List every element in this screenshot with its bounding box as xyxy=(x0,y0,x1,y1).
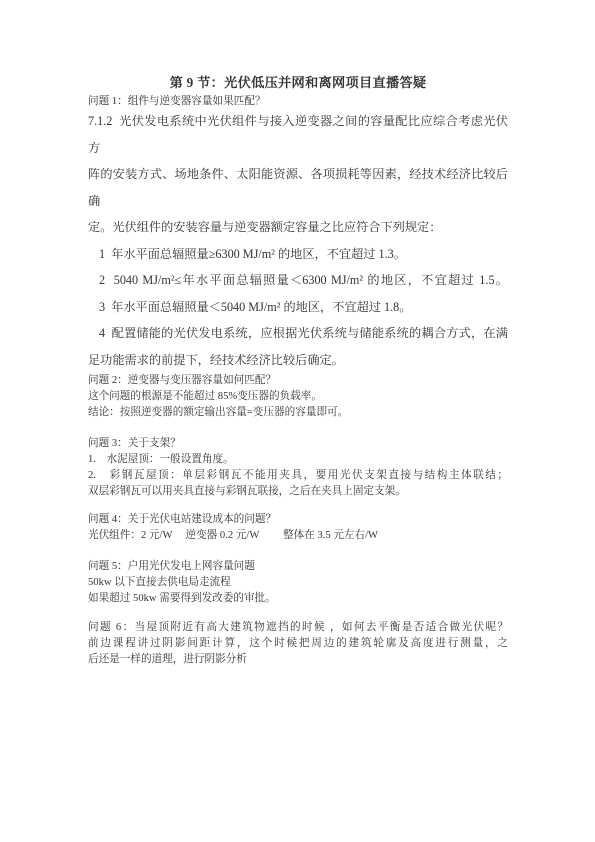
document-content: 第 9 节：光伏低压并网和离网项目直播答疑 问题 1：组件与逆变器容量如果匹配？… xyxy=(88,74,508,668)
question-4-heading: 问题 4：关于光伏电站建设成本的问题？ xyxy=(88,512,508,528)
question-6-heading: 问题 6：当屋顶附近有高大建筑物遮挡的时候 ，如何去平衡是否适合做光伏呢？ xyxy=(88,620,508,636)
question-6-block: 问题 6：当屋顶附近有高大建筑物遮挡的时候 ，如何去平衡是否适合做光伏呢？ 前边… xyxy=(88,620,508,668)
rule-item-1: 1 年水平面总辐照量≥6300 MJ/m² 的地区，不宜超过 1.3。 xyxy=(88,241,508,268)
question-1-heading: 问题 1：组件与逆变器容量如果匹配？ xyxy=(88,95,508,108)
rule-item-2: 2 5040 MJ/m²≤年水平面总辐照量＜6300 MJ/m² 的地区，不宜超… xyxy=(88,267,508,294)
answer-line: 1. 水泥屋顶：一般设置角度。 xyxy=(88,452,508,468)
question-2-heading: 问题 2：逆变器与变压器容量如何匹配？ xyxy=(88,373,508,389)
clause-line: 7.1.2 光伏发电系统中光伏组件与接入逆变器之间的容量配比应综合考虑光伏方 xyxy=(88,108,508,161)
clause-paragraph: 7.1.2 光伏发电系统中光伏组件与接入逆变器之间的容量配比应综合考虑光伏方 阵… xyxy=(88,108,508,373)
answer-line: 双层彩钢瓦可以用夹具直接与彩钢瓦联接，之后在夹具上固定支架。 xyxy=(88,484,508,500)
clause-line: 阵的安装方式、场地条件、太阳能资源、各项损耗等因素，经技术经济比较后确 xyxy=(88,161,508,214)
answer-line: 光伏组件：2 元/W 逆变器 0.2 元/W 整体在 3.5 元左右/W xyxy=(88,528,508,544)
page-title: 第 9 节：光伏低压并网和离网项目直播答疑 xyxy=(88,74,508,92)
answer-line: 50kw 以下直接去供电局走流程 xyxy=(88,575,508,591)
answer-line: 前边课程讲过阴影间距计算，这个时候把周边的建筑轮廓及高度进行测量，之 xyxy=(88,636,508,652)
answer-line: 2. 彩钢瓦屋顶：单层彩钢瓦不能用夹具，要用光伏支架直接与结构主体联结； xyxy=(88,468,508,484)
question-3-block: 问题 3：关于支架？ 1. 水泥屋顶：一般设置角度。 2. 彩钢瓦屋顶：单层彩钢… xyxy=(88,436,508,500)
rule-item-3: 3 年水平面总辐照量＜5040 MJ/m² 的地区，不宜超过 1.8。 xyxy=(88,294,508,321)
question-5-block: 问题 5：户用光伏发电上网容量问题 50kw 以下直接去供电局走流程 如果超过 … xyxy=(88,559,508,607)
rule-item-4-continuation: 足功能需求的前提下，经技术经济比较后确定。 xyxy=(88,347,508,374)
answer-line: 后还是一样的道理，进行阴影分析 xyxy=(88,652,508,668)
document-page: 第 9 节：光伏低压并网和离网项目直播答疑 问题 1：组件与逆变器容量如果匹配？… xyxy=(0,0,595,842)
question-4-block: 问题 4：关于光伏电站建设成本的问题？ 光伏组件：2 元/W 逆变器 0.2 元… xyxy=(88,512,508,544)
rule-item-4: 4 配置储能的光伏发电系统，应根据光伏系统与储能系统的耦合方式，在满 xyxy=(88,320,508,347)
question-2-block: 问题 2：逆变器与变压器容量如何匹配？ 这个问题的根源是不能超过 85%变压器的… xyxy=(88,373,508,421)
answer-line: 这个问题的根源是不能超过 85%变压器的负载率。 xyxy=(88,389,508,405)
answer-line: 如果超过 50kw 需要得到发改委的审批。 xyxy=(88,591,508,607)
question-3-heading: 问题 3：关于支架？ xyxy=(88,436,508,452)
clause-line: 定。光伏组件的安装容量与逆变器额定容量之比应符合下列规定： xyxy=(88,214,508,241)
question-5-heading: 问题 5：户用光伏发电上网容量问题 xyxy=(88,559,508,575)
answer-line: 结论：按照逆变器的额定输出容量=变压器的容量即可。 xyxy=(88,405,508,421)
